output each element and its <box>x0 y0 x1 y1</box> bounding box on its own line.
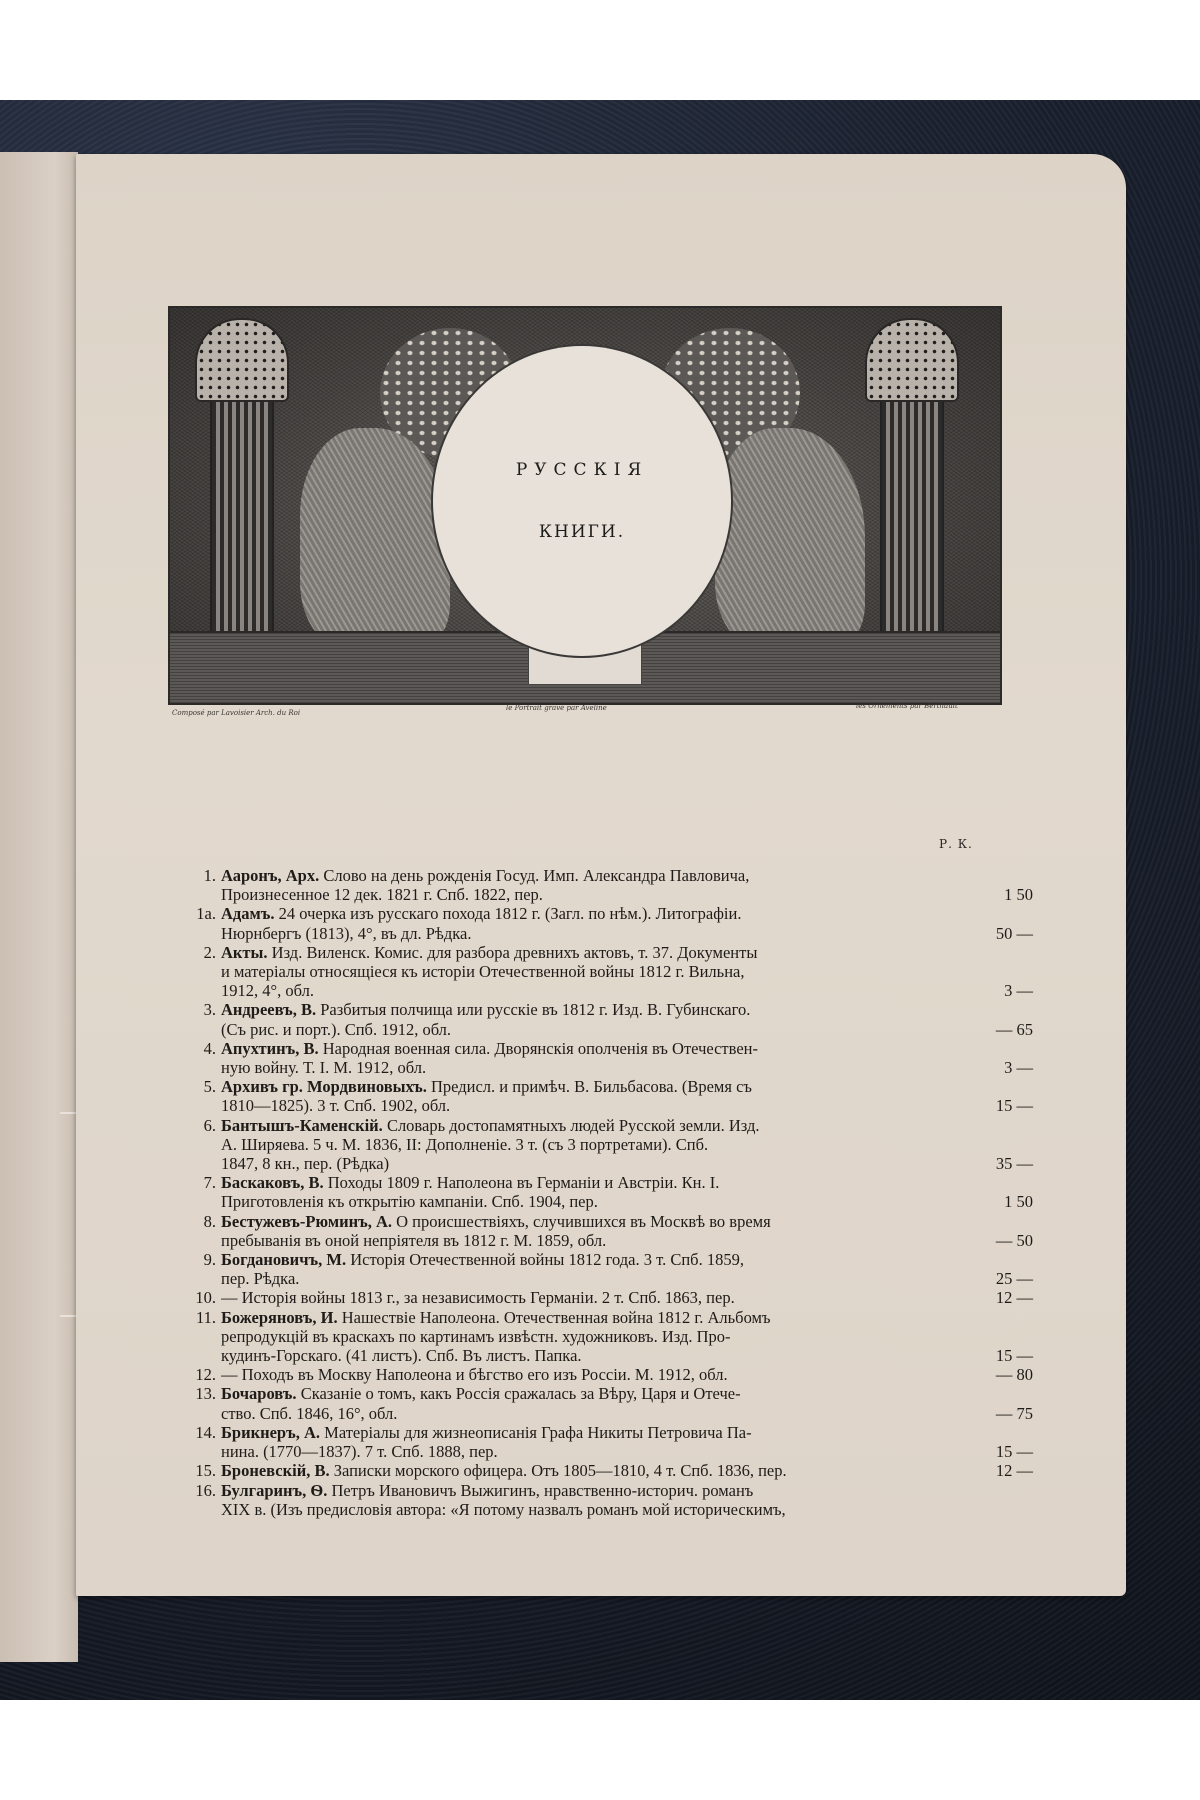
entry-line: кудинъ-Горскаго. (41 листъ). Спб. Въ лис… <box>221 1346 951 1365</box>
catalog-entry: 14.Брикнеръ, А. Матеріалы для жизнеописа… <box>188 1423 1028 1461</box>
entry-price: 50 — <box>953 924 1033 943</box>
entry-line: Архивъ гр. Мордвиновыхъ. Предисл. и прим… <box>221 1077 951 1096</box>
right-dome <box>865 318 959 402</box>
entry-number: 2. <box>188 943 221 1001</box>
entry-text: Божеряновъ, И. Нашествіе Наполеона. Отеч… <box>221 1308 951 1366</box>
entry-text: Брикнеръ, А. Матеріалы для жизнеописанія… <box>221 1423 951 1461</box>
entry-author: Адамъ. <box>221 904 275 923</box>
entry-line: пер. Рѣдка. <box>221 1269 951 1288</box>
entry-price: 15 — <box>953 1346 1033 1365</box>
right-griffin <box>715 428 865 648</box>
catalog-entry: 16.Булгаринъ, Ѳ. Петръ Ивановичъ Выжигин… <box>188 1481 1028 1519</box>
entry-line: (Съ рис. и порт.). Спб. 1912, обл. <box>221 1020 951 1039</box>
catalog-entry: 9.Богдановичъ, М. Исторія Отечественной … <box>188 1250 1028 1288</box>
entry-number: 15. <box>188 1461 221 1480</box>
entry-price: 15 — <box>953 1442 1033 1461</box>
entry-line: — Исторія войны 1813 г., за независимост… <box>221 1288 951 1307</box>
entry-line: Божеряновъ, И. Нашествіе Наполеона. Отеч… <box>221 1308 951 1327</box>
catalog-entry: 2.Акты. Изд. Виленск. Комис. для разбора… <box>188 943 1028 1001</box>
title-engraving: РУССКІЯ КНИГИ. <box>168 306 1002 705</box>
entry-price: — 75 <box>953 1404 1033 1423</box>
entry-number: 12. <box>188 1365 221 1384</box>
entry-author: Архивъ гр. Мордвиновыхъ. <box>221 1077 427 1096</box>
entry-author: Булгаринъ, Ѳ. <box>221 1481 327 1500</box>
catalog-entry: 15.Броневскій, В. Записки морского офице… <box>188 1461 1028 1480</box>
entry-line: Андреевъ, В. Разбитыя полчища или русскі… <box>221 1000 951 1019</box>
entry-price: 3 — <box>953 1058 1033 1077</box>
entry-line: Бочаровъ. Сказаніе о томъ, какъ Россія с… <box>221 1384 951 1403</box>
facing-page-edge <box>0 152 78 1662</box>
catalog-entry: 1а.Адамъ. 24 очерка изъ русскаго похода … <box>188 904 1028 942</box>
entry-number: 10. <box>188 1288 221 1307</box>
price-column-header: Р. К. <box>939 837 973 851</box>
entry-line: XIX в. (Изъ предисловія автора: «Я потом… <box>221 1500 951 1519</box>
entry-number: 5. <box>188 1077 221 1115</box>
entry-number: 7. <box>188 1173 221 1211</box>
entry-price: — 50 <box>953 1231 1033 1250</box>
entry-text: — Исторія войны 1813 г., за независимост… <box>221 1288 951 1307</box>
title-medallion: РУССКІЯ КНИГИ. <box>433 346 731 656</box>
title-line-1: РУССКІЯ <box>516 460 648 480</box>
photo-background: РУССКІЯ КНИГИ. Composé par Lavoisier Arc… <box>0 100 1200 1700</box>
entry-price: 12 — <box>953 1288 1033 1307</box>
entry-text: Бантышъ-Каменскій. Словарь достопамятных… <box>221 1116 951 1174</box>
entry-number: 14. <box>188 1423 221 1461</box>
entry-line: и матеріалы относящіеся къ исторіи Отече… <box>221 962 951 981</box>
catalog-entry: 11.Божеряновъ, И. Нашествіе Наполеона. О… <box>188 1308 1028 1366</box>
catalog-entries: 1.Ааронъ, Арх. Слово на день рожденія Го… <box>188 866 1028 1519</box>
entry-price: 1 50 <box>953 885 1033 904</box>
entry-author: Бантышъ-Каменскій. <box>221 1116 383 1135</box>
entry-number: 9. <box>188 1250 221 1288</box>
catalog-entry: 6.Бантышъ-Каменскій. Словарь достопамятн… <box>188 1116 1028 1174</box>
catalog-entry: 4.Апухтинъ, В. Народная военная сила. Дв… <box>188 1039 1028 1077</box>
left-dome <box>195 318 289 402</box>
entry-text: Богдановичъ, М. Исторія Отечественной во… <box>221 1250 951 1288</box>
entry-author: Акты. <box>221 943 268 962</box>
entry-line: нина. (1770—1837). 7 т. Спб. 1888, пер. <box>221 1442 951 1461</box>
entry-price: — 65 <box>953 1020 1033 1039</box>
entry-price: 12 — <box>953 1461 1033 1480</box>
entry-line: 1847, 8 кн., пер. (Рѣдка) <box>221 1154 951 1173</box>
entry-line: Акты. Изд. Виленск. Комис. для разбора д… <box>221 943 951 962</box>
entry-line: Бантышъ-Каменскій. Словарь достопамятных… <box>221 1116 951 1135</box>
entry-line: ную войну. Т. I. М. 1912, обл. <box>221 1058 951 1077</box>
entry-price: — 80 <box>953 1365 1033 1384</box>
entry-number: 11. <box>188 1308 221 1366</box>
entry-text: Акты. Изд. Виленск. Комис. для разбора д… <box>221 943 951 1001</box>
entry-text: Баскаковъ, В. Походы 1809 г. Наполеона в… <box>221 1173 951 1211</box>
entry-text: Броневскій, В. Записки морского офицера.… <box>221 1461 951 1480</box>
entry-author: Броневскій, В. <box>221 1461 330 1480</box>
catalog-entry: 1.Ааронъ, Арх. Слово на день рожденія Го… <box>188 866 1028 904</box>
left-pillar <box>210 368 274 642</box>
catalog-entry: 3.Андреевъ, В. Разбитыя полчища или русс… <box>188 1000 1028 1038</box>
entry-price: 1 50 <box>953 1192 1033 1211</box>
entry-price: 15 — <box>953 1096 1033 1115</box>
entry-line: Нюрнбергъ (1813), 4°, въ дл. Рѣдка. <box>221 924 951 943</box>
entry-line: ство. Спб. 1846, 16°, обл. <box>221 1404 951 1423</box>
entry-author: Ааронъ, Арх. <box>221 866 319 885</box>
entry-number: 6. <box>188 1116 221 1174</box>
entry-author: Богдановичъ, М. <box>221 1250 346 1269</box>
engraving-caption-left: Composé par Lavoisier Arch. du Roi <box>172 709 300 717</box>
entry-author: Брикнеръ, А. <box>221 1423 320 1442</box>
entry-line: 1810—1825). 3 т. Спб. 1902, обл. <box>221 1096 951 1115</box>
entry-number: 1. <box>188 866 221 904</box>
catalog-entry: 8.Бестужевъ-Рюминъ, А. О происшествіяхъ,… <box>188 1212 1028 1250</box>
catalog-entry: 7.Баскаковъ, В. Походы 1809 г. Наполеона… <box>188 1173 1028 1211</box>
entry-line: Булгаринъ, Ѳ. Петръ Ивановичъ Выжигинъ, … <box>221 1481 951 1500</box>
entry-text: Бочаровъ. Сказаніе о томъ, какъ Россія с… <box>221 1384 951 1422</box>
entry-text: — Походъ въ Москву Наполеона и бѣгство е… <box>221 1365 951 1384</box>
entry-price: 25 — <box>953 1269 1033 1288</box>
catalog-entry: 5.Архивъ гр. Мордвиновыхъ. Предисл. и пр… <box>188 1077 1028 1115</box>
entry-line: пребыванія въ оной непріятеля въ 1812 г.… <box>221 1231 951 1250</box>
entry-line: Приготовленія къ открытію кампаніи. Спб.… <box>221 1192 951 1211</box>
engraving-caption-right: les Ornements par Berthault <box>856 702 958 710</box>
entry-number: 3. <box>188 1000 221 1038</box>
entry-line: — Походъ въ Москву Наполеона и бѣгство е… <box>221 1365 951 1384</box>
entry-line: Адамъ. 24 очерка изъ русскаго похода 181… <box>221 904 951 923</box>
catalog-page: РУССКІЯ КНИГИ. Composé par Lavoisier Arc… <box>76 154 1126 1596</box>
entry-author: Баскаковъ, В. <box>221 1173 324 1192</box>
entry-number: 13. <box>188 1384 221 1422</box>
entry-author: Апухтинъ, В. <box>221 1039 319 1058</box>
entry-line: Апухтинъ, В. Народная военная сила. Двор… <box>221 1039 951 1058</box>
entry-text: Адамъ. 24 очерка изъ русскаго похода 181… <box>221 904 951 942</box>
entry-number: 1а. <box>188 904 221 942</box>
title-line-2: КНИГИ. <box>539 522 625 542</box>
catalog-entry: 13.Бочаровъ. Сказаніе о томъ, какъ Россі… <box>188 1384 1028 1422</box>
entry-line: Бестужевъ-Рюминъ, А. О происшествіяхъ, с… <box>221 1212 951 1231</box>
entry-price: 35 — <box>953 1154 1033 1173</box>
entry-line: А. Ширяева. 5 ч. М. 1836, II: Дополненіе… <box>221 1135 951 1154</box>
entry-author: Бочаровъ. <box>221 1384 297 1403</box>
engraving-caption-center: le Portrait gravé par Aveline <box>506 704 607 712</box>
catalog-entry: 10.— Исторія войны 1813 г., за независим… <box>188 1288 1028 1307</box>
right-pillar <box>880 368 944 642</box>
entry-author: Божеряновъ, И. <box>221 1308 338 1327</box>
entry-line: Баскаковъ, В. Походы 1809 г. Наполеона в… <box>221 1173 951 1192</box>
entry-author: Андреевъ, В. <box>221 1000 316 1019</box>
entry-number: 16. <box>188 1481 221 1519</box>
entry-line: репродукцій въ краскахъ по картинамъ изв… <box>221 1327 951 1346</box>
entry-text: Бестужевъ-Рюминъ, А. О происшествіяхъ, с… <box>221 1212 951 1250</box>
entry-line: Богдановичъ, М. Исторія Отечественной во… <box>221 1250 951 1269</box>
catalog-entry: 12.— Походъ въ Москву Наполеона и бѣгств… <box>188 1365 1028 1384</box>
entry-line: Ааронъ, Арх. Слово на день рожденія Госу… <box>221 866 951 885</box>
entry-line: 1912, 4°, обл. <box>221 981 951 1000</box>
entry-author: Бестужевъ-Рюминъ, А. <box>221 1212 392 1231</box>
entry-price: 3 — <box>953 981 1033 1000</box>
entry-text: Апухтинъ, В. Народная военная сила. Двор… <box>221 1039 951 1077</box>
entry-text: Архивъ гр. Мордвиновыхъ. Предисл. и прим… <box>221 1077 951 1115</box>
entry-text: Андреевъ, В. Разбитыя полчища или русскі… <box>221 1000 951 1038</box>
left-griffin <box>300 428 450 648</box>
entry-line: Произнесенное 12 дек. 1821 г. Спб. 1822,… <box>221 885 951 904</box>
entry-line: Броневскій, В. Записки морского офицера.… <box>221 1461 951 1480</box>
entry-number: 8. <box>188 1212 221 1250</box>
entry-text: Булгаринъ, Ѳ. Петръ Ивановичъ Выжигинъ, … <box>221 1481 951 1519</box>
entry-line: Брикнеръ, А. Матеріалы для жизнеописанія… <box>221 1423 951 1442</box>
entry-text: Ааронъ, Арх. Слово на день рожденія Госу… <box>221 866 951 904</box>
entry-number: 4. <box>188 1039 221 1077</box>
